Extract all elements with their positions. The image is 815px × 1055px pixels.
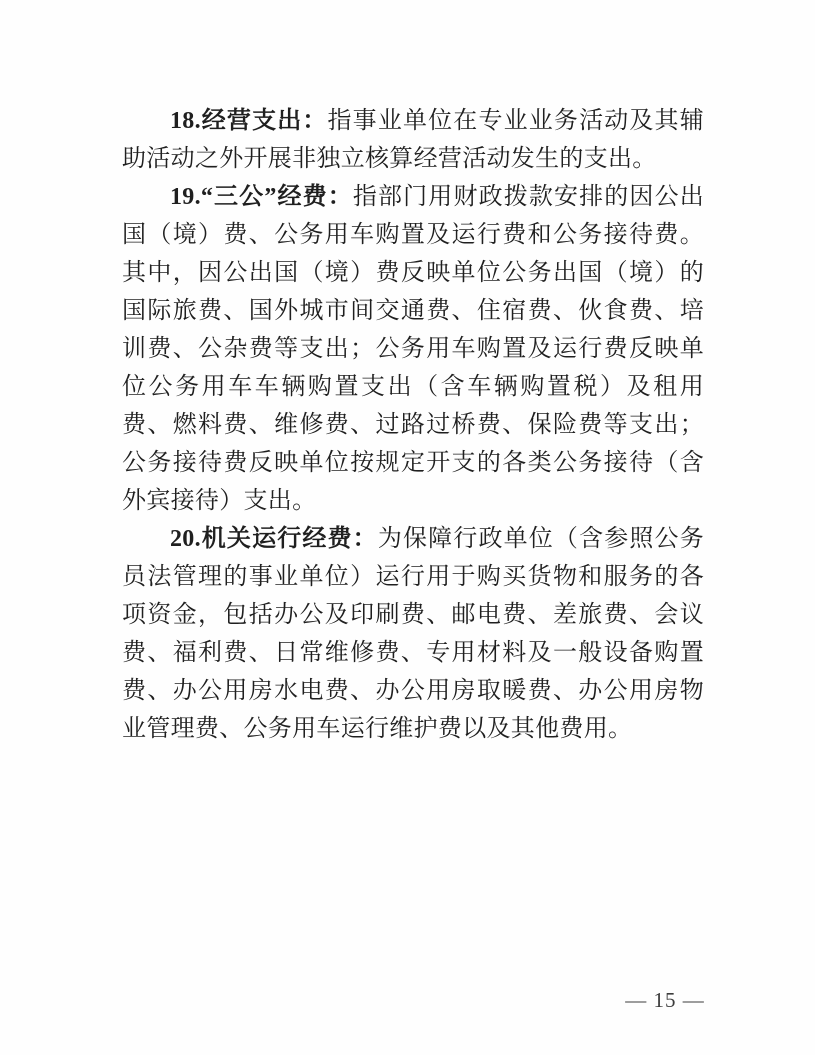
document-page: 18.经营支出：指事业单位在专业业务活动及其辅助活动之外开展非独立核算经营活动发… [0,0,815,1055]
definition-paragraph-19: 19.“三公”经费：指部门用财政拨款安排的因公出国（境）费、公务用车购置及运行费… [122,178,704,520]
definition-paragraph-18: 18.经营支出：指事业单位在专业业务活动及其辅助活动之外开展非独立核算经营活动发… [122,102,704,178]
document-body: 18.经营支出：指事业单位在专业业务活动及其辅助活动之外开展非独立核算经营活动发… [122,102,704,748]
term-definition: 指部门用财政拨款安排的因公出国（境）费、公务用车购置及运行费和公务接待费。其中，… [122,184,704,514]
page-number: — 15 — [620,988,710,1013]
term-label: 18.经营支出： [170,108,328,134]
term-label: 20.机关运行经费： [170,526,378,552]
definition-paragraph-20: 20.机关运行经费：为保障行政单位（含参照公务员法管理的事业单位）运行用于购买货… [122,520,704,748]
term-definition: 为保障行政单位（含参照公务员法管理的事业单位）运行用于购买货物和服务的各项资金，… [122,526,704,742]
term-label: 19.“三公”经费： [170,184,353,210]
